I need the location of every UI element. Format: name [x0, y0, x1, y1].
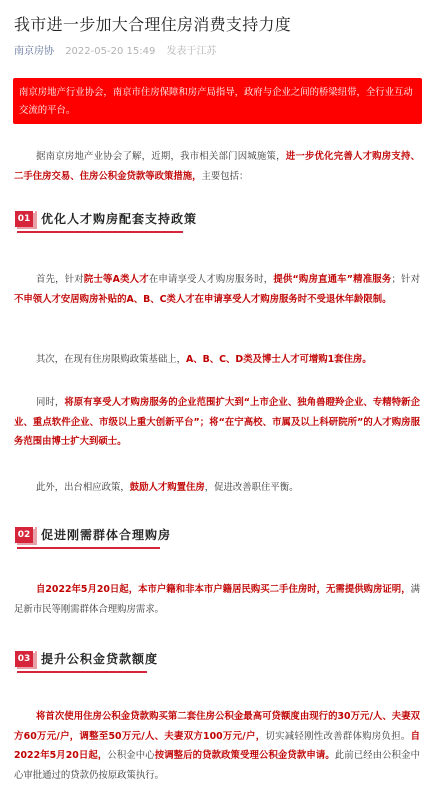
section-02-paragraph-1: 自2022年5月20日起，本市户籍和非本市户籍居民购买二手住房时，无需提供购房证…	[14, 580, 420, 619]
highlight-segment: 自2022年5月20日起，本市户籍和非本市户籍居民购买二手住房时，无需提供购房证…	[36, 584, 411, 595]
author-link[interactable]: 南京房协	[14, 46, 54, 57]
section-title: 促进刚需群体合理购房	[41, 526, 171, 543]
section-01-paragraph-2: 其次，在现有住房限购政策基础上，A、B、C、D类及博士人才可增购1套住房。	[14, 350, 420, 370]
lead-paragraph: 据南京房地产业协会了解，近期，我市相关部门因城施策，进一步优化完善人才购房支持、…	[14, 147, 420, 186]
text-segment: 切实减轻刚性改善群体购房负担。	[265, 731, 410, 742]
lead-text-end: 主要包括：	[202, 171, 249, 182]
text-segment: ，促进改善职住平衡。	[205, 482, 299, 493]
text-segment: 首先，针对	[36, 274, 84, 285]
badge-divider	[35, 651, 37, 669]
highlight-segment: A、B、C、D类及博士人才可增购1套住房。	[186, 354, 372, 365]
lead-text: 据南京房地产业协会了解，近期，我市相关部门因城施策，	[36, 151, 286, 162]
section-underline	[17, 231, 183, 233]
highlight-segment: 提供“购房直通车”精准服务	[273, 274, 391, 285]
text-segment: 公积金中心	[107, 750, 154, 761]
highlight-segment: 不申领人才安居购房补贴的A、B、C类人才在申请享受人才购房服务时不受退休年龄限制…	[14, 294, 392, 305]
text-segment: ；针对	[391, 274, 420, 285]
section-01-paragraph-1: 首先，针对院士等A类人才在申请享受人才购房服务时，提供“购房直通车”精准服务；针…	[14, 270, 420, 309]
section-underline	[17, 547, 160, 549]
highlight-segment: 按调整后的贷款政策受理公积金贷款申请。	[155, 750, 335, 761]
publish-time: 2022-05-20 15:49	[65, 46, 155, 57]
intro-banner: 南京房地产行业协会，南京市住房保障和房产局指导，政府与企业之间的桥梁纽带，全行业…	[13, 78, 422, 124]
section-underline	[17, 671, 147, 673]
badge-divider	[35, 211, 37, 229]
article-title: 我市进一步加大合理住房消费支持力度	[14, 12, 291, 35]
section-number-badge: 02	[15, 527, 33, 543]
highlight-segment: 将原有享受人才购房服务的企业范围扩大到“上市企业、独角兽瞪羚企业、专精特新企业、…	[14, 397, 420, 447]
section-03-paragraph-1: 将首次使用住房公积金贷款购买第二套住房公积金最高可贷额度由现行的30万元/人、夫…	[14, 707, 420, 785]
section-title: 提升公积金贷款额度	[41, 650, 158, 667]
section-01-paragraph-3: 同时，将原有享受人才购房服务的企业范围扩大到“上市企业、独角兽瞪羚企业、专精特新…	[14, 393, 420, 452]
article-page: 我市进一步加大合理住房消费支持力度 南京房协 2022-05-20 15:49 …	[0, 0, 432, 800]
section-number-badge: 01	[15, 211, 33, 227]
article-meta: 南京房协 2022-05-20 15:49 发表于江苏	[14, 42, 217, 57]
badge-divider	[35, 527, 37, 545]
highlight-segment: 鼓励人才购置住房	[130, 482, 205, 493]
text-segment: 在申请享受人才购房服务时，	[149, 274, 274, 285]
section-number-badge: 03	[15, 651, 33, 667]
intro-text: 南京房地产行业协会，南京市住房保障和房产局指导，政府与企业之间的桥梁纽带，全行业…	[19, 87, 413, 116]
section-01-paragraph-4: 此外，出台相应政策，鼓励人才购置住房，促进改善职住平衡。	[14, 478, 420, 498]
text-segment: 其次，在现有住房限购政策基础上，	[36, 354, 186, 365]
section-title: 优化人才购房配套支持政策	[41, 210, 197, 227]
highlight-segment: 院士等A类人才	[84, 274, 149, 285]
text-segment: 同时，	[36, 397, 64, 408]
publish-location: 发表于江苏	[167, 46, 217, 57]
text-segment: 此外，出台相应政策，	[36, 482, 130, 493]
